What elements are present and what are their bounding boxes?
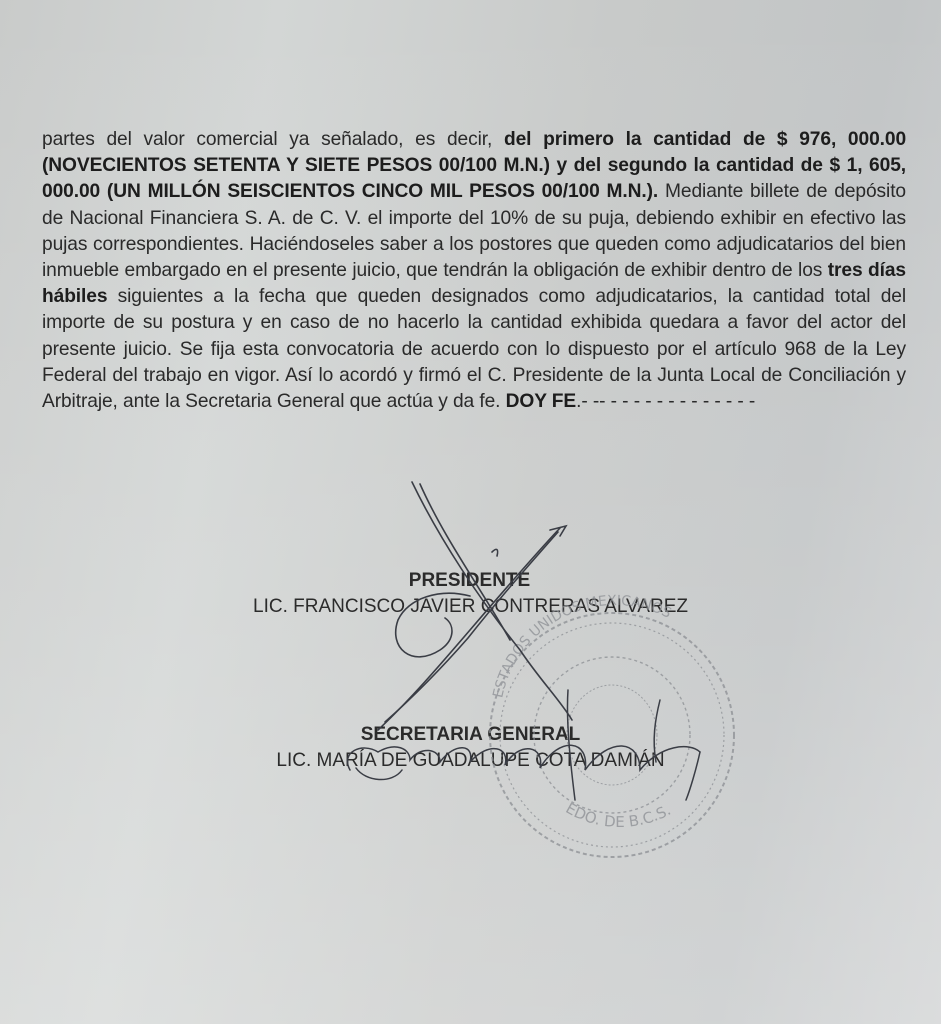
president-title: PRESIDENTE — [0, 570, 941, 592]
secretary-signature-block: SECRETARIA GENERAL LIC. MARÍA DE GUADALU… — [0, 724, 941, 772]
president-signature-block: PRESIDENTE LIC. FRANCISCO JAVIER CONTRER… — [0, 570, 941, 618]
secretary-name: LIC. MARÍA DE GUADALUPE COTA DAMIÁN — [0, 750, 941, 772]
document-body-paragraph: partes del valor comercial ya señalado, … — [42, 127, 906, 415]
text-run: partes del valor comercial ya señalado, … — [42, 129, 504, 150]
seal-bottom-text: EDO. DE B.C.S. — [563, 799, 674, 831]
text-run: .- -- - - - - - - - - - - - - - — [576, 391, 755, 412]
secretary-title: SECRETARIA GENERAL — [0, 724, 941, 746]
bold-text-run: DOY FE — [506, 391, 576, 412]
text-run: siguientes a la fecha que queden designa… — [42, 286, 906, 412]
president-name: LIC. FRANCISCO JAVIER CONTRERAS ALVAREZ — [0, 596, 941, 618]
svg-text:EDO. DE B.C.S.: EDO. DE B.C.S. — [563, 799, 674, 831]
